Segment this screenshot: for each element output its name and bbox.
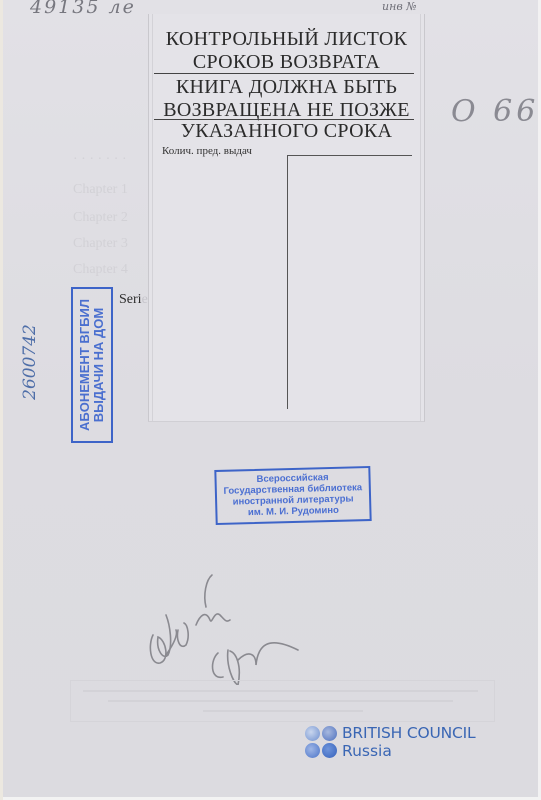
issue-count-label: Колич. пред. выдач (162, 145, 252, 157)
date-column-divider (287, 155, 288, 409)
inventory-number-handwritten: 49135 ле (30, 0, 136, 18)
ghost-contents-1: Chapter 1 (73, 182, 128, 198)
inventory-note-handwritten: инв № (382, 0, 417, 13)
ghost-text: · · · · · · · (73, 152, 127, 168)
stamp-line: АБОНЕМЕНТ ВГБИЛ (78, 290, 92, 440)
footer-text-line (83, 690, 478, 692)
pencil-signature (148, 565, 308, 685)
subscription-stamp: АБОНЕМЕНТ ВГБИЛ ВЫДАЧИ НА ДОМ (71, 287, 113, 443)
ghost-contents-4: Chapter 4 (73, 262, 128, 278)
return-date-slip: КОНТРОЛЬНЫЙ ЛИСТОК СРОКОВ ВОЗВРАТА КНИГА… (148, 14, 425, 422)
ghost-contents-3: Chapter 3 (73, 236, 128, 252)
slip-title-line-3: КНИГА ДОЛЖНА БЫТЬ (149, 76, 424, 98)
logo-name: BRITISH COUNCIL (342, 724, 475, 742)
stamp-line: ВЫДАЧИ НА ДОМ (92, 290, 106, 440)
slip-title-line-2: СРОКОВ ВОЗВРАТА (149, 51, 424, 73)
accession-number-handwritten: 2600742 (20, 297, 40, 427)
footer-text-line (203, 710, 363, 712)
date-column-rule (287, 155, 412, 156)
slip-title-line-1: КОНТРОЛЬНЫЙ ЛИСТОК (149, 28, 424, 50)
subscription-stamp-text: АБОНЕМЕНТ ВГБИЛ ВЫДАЧИ НА ДОМ (78, 290, 106, 440)
shelf-mark-handwritten: О 66 (451, 94, 539, 129)
series-text-start: Seri (119, 292, 142, 307)
library-stamp: Всероссийская Государственная библиотека… (214, 466, 371, 525)
logo-region: Russia (342, 742, 392, 760)
slip-rule (154, 73, 414, 74)
ghost-contents-2: Chapter 2 (73, 210, 128, 226)
slip-title-line-5: УКАЗАННОГО СРОКА (149, 120, 424, 142)
logo-dots-icon (305, 724, 339, 760)
slip-title-line-4: ВОЗВРАЩЕНА НЕ ПОЗЖЕ (149, 99, 424, 121)
book-page: · · · · · · · Chapter 1 Chapter 2 Chapte… (0, 0, 541, 800)
footer-text-line (108, 700, 453, 702)
